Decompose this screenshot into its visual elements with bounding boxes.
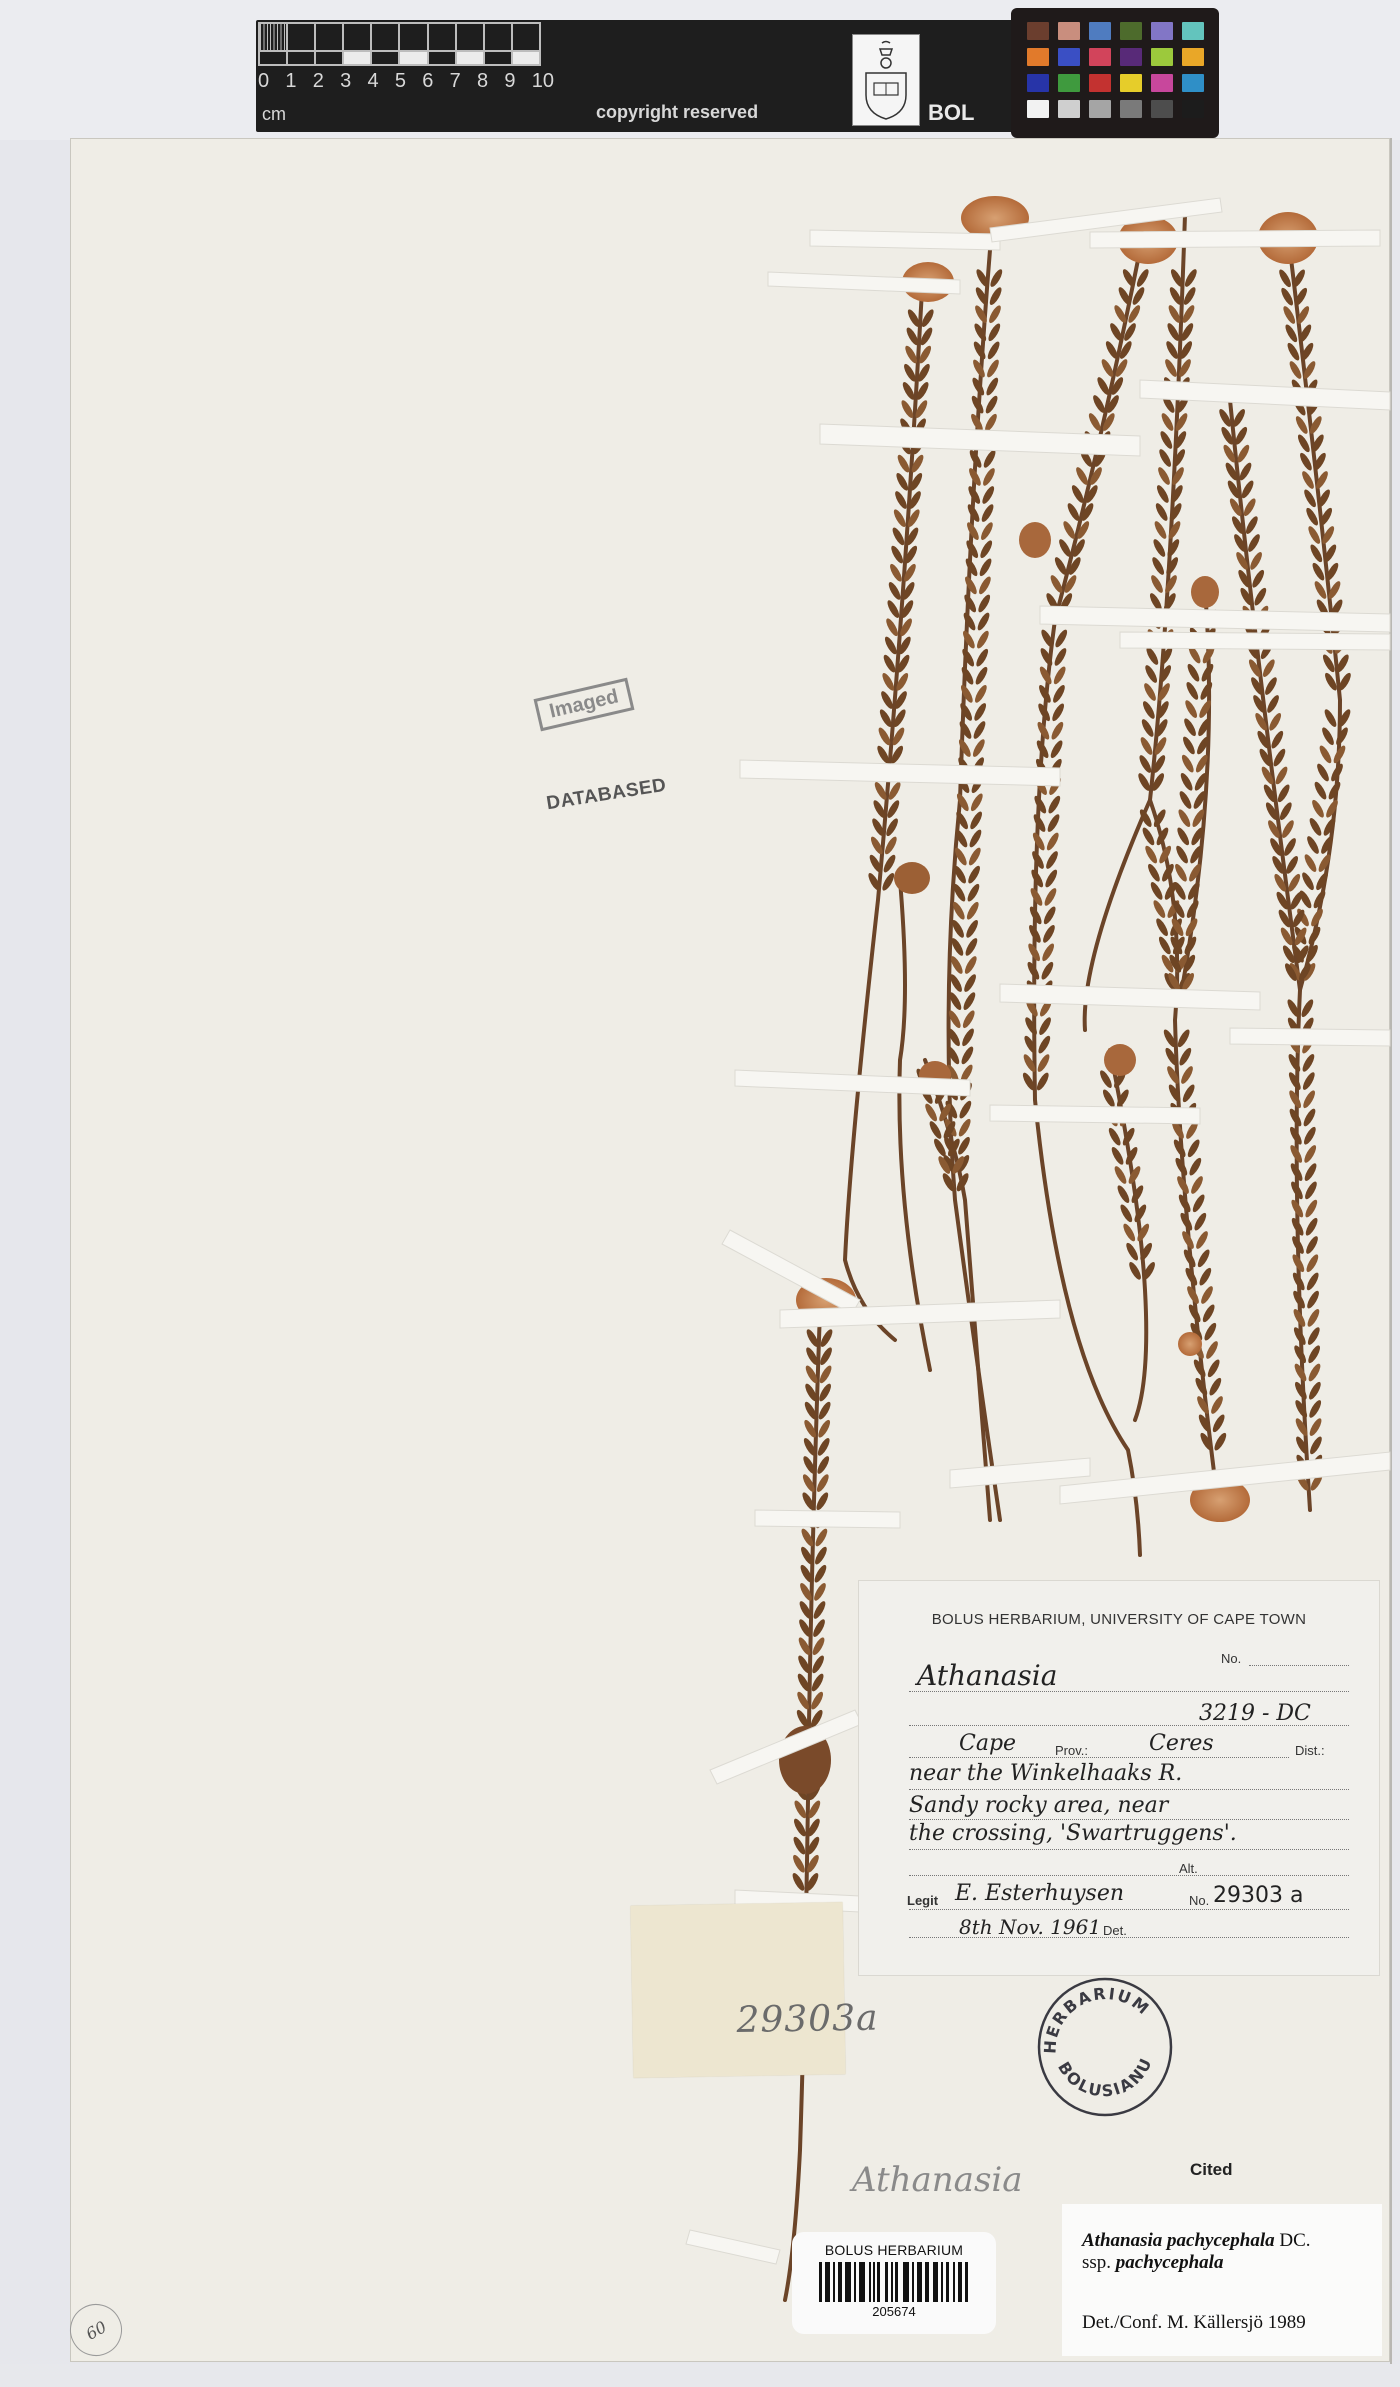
color-swatch [1120, 22, 1142, 40]
grid-reference: 3219 - DC [1199, 1701, 1311, 1726]
barcode-title: BOLUS HERBARIUM [792, 2242, 996, 2258]
label-header: BOLUS HERBARIUM, UNIVERSITY OF CAPE TOWN [859, 1611, 1379, 1628]
altitude-label: Alt. [1179, 1861, 1198, 1876]
stamp-text-top: HERBARIUM [1040, 1984, 1153, 2054]
scale-num: 10 [532, 70, 554, 93]
barcode-icon [819, 2262, 969, 2302]
locality-line-3: the crossing, 'Swartruggens'. [909, 1821, 1237, 1846]
color-swatch [1120, 48, 1142, 66]
pencil-genus-annotation: Athanasia [852, 2160, 1023, 2200]
scale-unit: cm [262, 104, 286, 125]
determination-label: Athanasia pachycephala DC. ssp. pachycep… [1062, 2204, 1382, 2356]
collector-number-label: No. [1189, 1893, 1209, 1908]
scale-num: 6 [422, 70, 433, 93]
scale-num: 8 [477, 70, 488, 93]
ssp-prefix: ssp. [1082, 2252, 1111, 2273]
scale-num: 9 [504, 70, 515, 93]
taxon-author: DC. [1279, 2230, 1310, 2251]
barcode-number: 205674 [792, 2304, 996, 2319]
scale-ruler [258, 22, 541, 66]
color-swatch [1151, 22, 1173, 40]
color-swatch [1089, 22, 1111, 40]
color-swatch [1089, 48, 1111, 66]
scale-num: 0 [258, 70, 269, 93]
no-field-label: No. [1221, 1651, 1241, 1666]
university-crest-icon [852, 34, 920, 126]
color-swatch [1058, 22, 1080, 40]
district-value: Ceres [1149, 1731, 1214, 1756]
locality-line-2: Sandy rocky area, near [909, 1793, 1168, 1818]
svg-text:HERBARIUM: HERBARIUM [1040, 1984, 1153, 2054]
color-swatch [1027, 74, 1049, 92]
scale-num: 2 [313, 70, 324, 93]
color-swatch [1151, 48, 1173, 66]
district-label: Dist.: [1295, 1743, 1325, 1758]
color-swatch [1182, 48, 1204, 66]
legit-label: Legit [907, 1893, 938, 1908]
sheet-number: 60 [82, 2317, 109, 2344]
background-bottom [0, 2364, 1400, 2387]
color-swatch [1151, 74, 1173, 92]
color-swatch [1151, 100, 1173, 118]
herbarium-bolusianum-stamp: HERBARIUM BOLUSIANUM [1034, 1976, 1176, 2118]
det-conf-line: Det./Conf. M. Källersjö 1989 [1082, 2312, 1306, 2334]
det-label: Det. [1103, 1923, 1127, 1938]
collection-label: BOLUS HERBARIUM, UNIVERSITY OF CAPE TOWN… [858, 1580, 1380, 1976]
genus-species: Athanasia pachycephala [1082, 2230, 1275, 2251]
scale-num: 1 [285, 70, 296, 93]
color-swatch [1027, 22, 1049, 40]
color-swatch [1182, 22, 1204, 40]
copyright-text: copyright reserved [596, 102, 758, 123]
color-swatch [1058, 48, 1080, 66]
color-swatch [1089, 74, 1111, 92]
accession-slip: 29303a [631, 1902, 846, 2078]
genus-handwritten: Athanasia [917, 1659, 1057, 1692]
scale-num: 4 [368, 70, 379, 93]
collector-name: E. Esterhuysen [955, 1881, 1124, 1906]
color-swatch [1058, 74, 1080, 92]
subspecies: pachycephala [1116, 2252, 1224, 2273]
province-label: Prov.: [1055, 1743, 1088, 1758]
scale-bar: 0 1 2 3 4 5 6 7 8 9 10 cm copyright rese… [256, 20, 1016, 132]
barcode-label: BOLUS HERBARIUM 205674 [792, 2232, 996, 2334]
color-swatch [1058, 100, 1080, 118]
color-swatch [1089, 100, 1111, 118]
color-checker-card [1011, 8, 1219, 138]
scale-numbers: 0 1 2 3 4 5 6 7 8 9 10 [256, 70, 556, 93]
locality-line-1: near the Winkelhaaks R. [909, 1761, 1182, 1786]
province-value: Cape [959, 1731, 1016, 1756]
collector-number: 29303 a [1213, 1883, 1303, 1908]
color-swatch [1120, 100, 1142, 118]
slip-number: 29303a [736, 1998, 879, 2041]
sheet-edge [1390, 138, 1392, 2368]
taxon-name: Athanasia pachycephala DC. ssp. pachycep… [1082, 2230, 1311, 2274]
color-swatch [1027, 48, 1049, 66]
color-swatch [1027, 100, 1049, 118]
cited-label: Cited [1190, 2160, 1233, 2180]
scale-num: 7 [450, 70, 461, 93]
scale-num: 5 [395, 70, 406, 93]
institution-code: BOL [928, 100, 974, 126]
color-swatch [1182, 74, 1204, 92]
color-swatch [1182, 100, 1204, 118]
color-swatch [1120, 74, 1142, 92]
collection-date: 8th Nov. 1961 [959, 1915, 1101, 1939]
scale-num: 3 [340, 70, 351, 93]
